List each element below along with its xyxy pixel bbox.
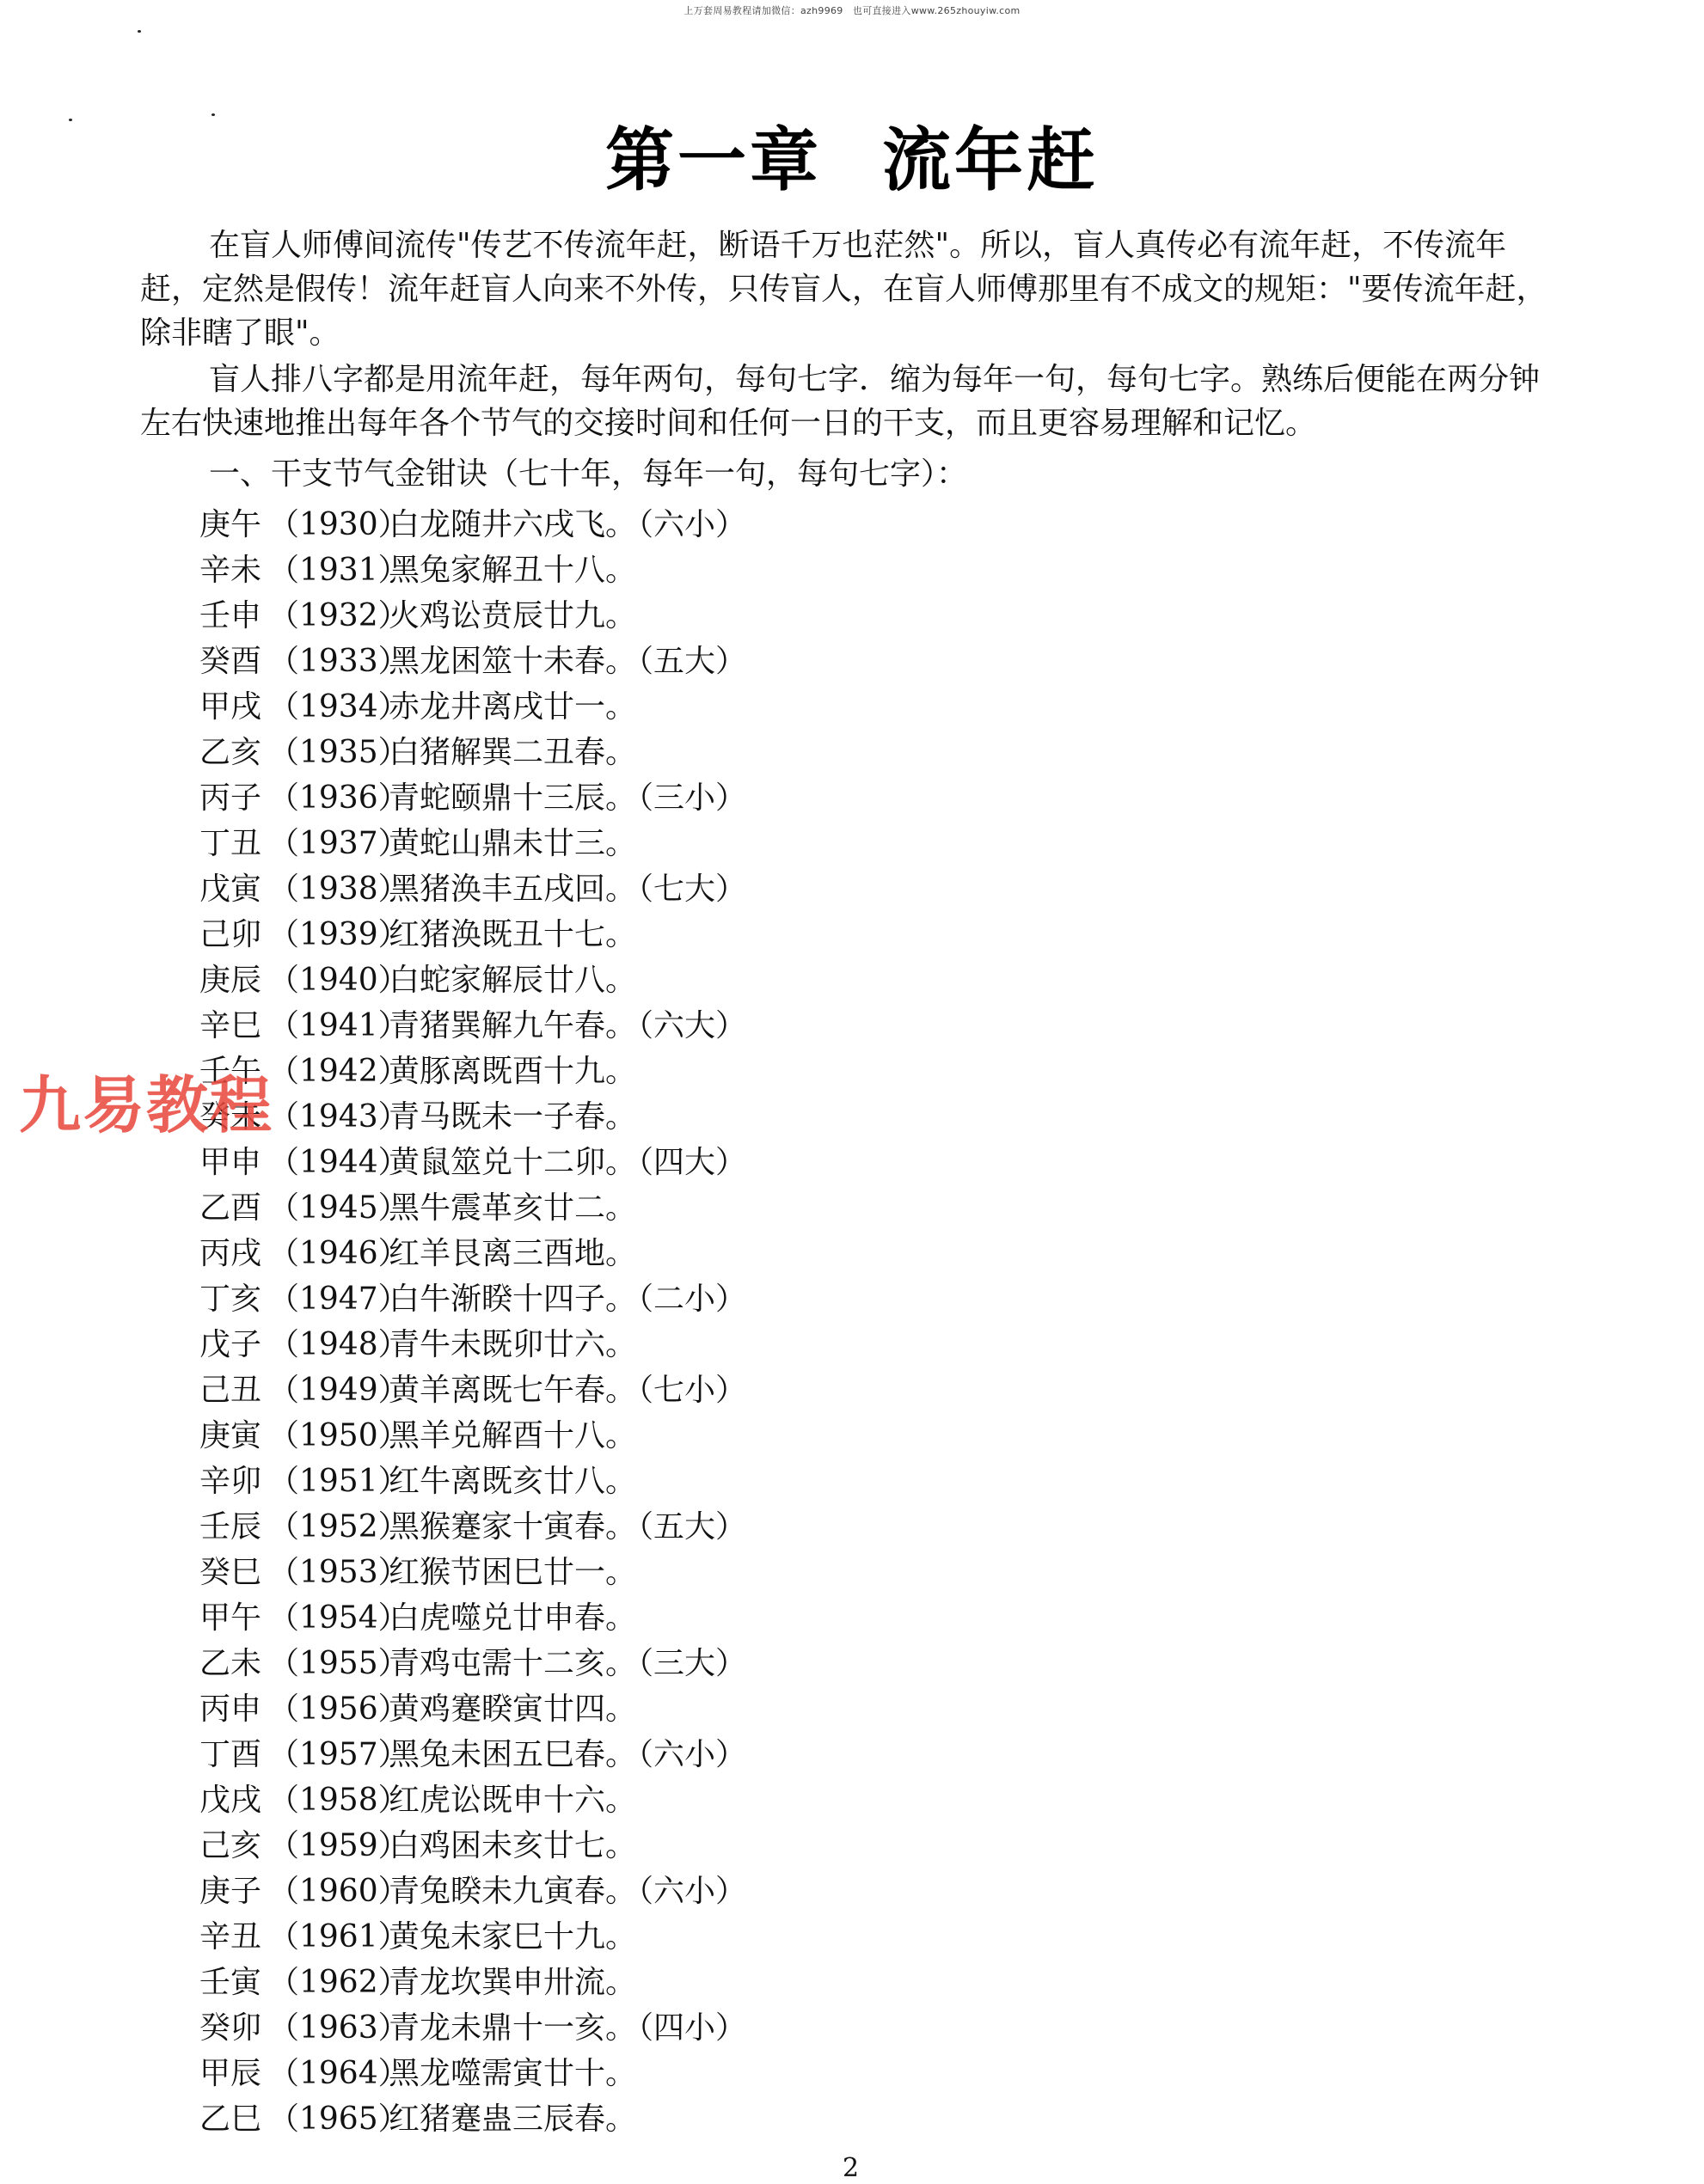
verse-text: 黑龙噬需寅廿十。: [389, 2056, 636, 2091]
verse-row: 乙巳（1965）红猪蹇蛊三辰春。: [199, 2096, 746, 2142]
verse-row: 癸巳（1953）红猴节困巳廿一。: [199, 1550, 746, 1595]
page-number: 2: [843, 2153, 859, 2183]
verse-ganzhi: 辛丑: [199, 1914, 268, 1960]
verse-text: 黑牛震革亥廿二。: [389, 1190, 636, 1226]
verse-ganzhi: 丁酉: [199, 1732, 268, 1777]
verse-year: （1943）: [268, 1094, 389, 1140]
verse-ganzhi: 庚子: [199, 1869, 268, 1914]
verse-ganzhi: 癸酉: [199, 639, 268, 684]
verse-year: （1945）: [268, 1185, 389, 1231]
verse-row: 己亥（1959）白鸡困未亥廿七。: [199, 1823, 746, 1869]
verse-ganzhi: 辛卯: [199, 1459, 268, 1504]
verse-note: （六小）: [638, 1737, 746, 1772]
verse-text: 黄兔未家巳十九。: [389, 1919, 636, 1955]
verse-row: 丁丑（1937）黄蛇山鼎未廿三。: [199, 821, 746, 866]
verse-ganzhi: 戊戌: [199, 1777, 268, 1823]
verse-text: 黄蛇山鼎未廿三。: [389, 826, 636, 861]
verse-row: 庚寅（1950）黑羊兑解酉十八。: [199, 1413, 746, 1459]
verse-year: （1957）: [268, 1732, 389, 1777]
verse-ganzhi: 甲辰: [199, 2051, 268, 2096]
verse-note: （六大）: [638, 1008, 746, 1043]
verse-ganzhi: 庚寅: [199, 1413, 268, 1459]
verse-text: 青兔睽未九寅春。: [389, 1874, 636, 1909]
verse-year: （1932）: [268, 593, 389, 639]
verse-year: （1958）: [268, 1777, 389, 1823]
verse-row: 壬午（1942）黄豚离既酉十九。: [199, 1049, 746, 1094]
verse-year: （1947）: [268, 1276, 389, 1322]
verse-year: （1940）: [268, 957, 389, 1003]
verse-row: 庚子（1960）青兔睽未九寅春。（六小）: [199, 1869, 746, 1914]
verse-ganzhi: 乙未: [199, 1641, 268, 1686]
verse-note: （六小）: [638, 507, 746, 542]
verse-ganzhi: 戊子: [199, 1322, 268, 1367]
verse-text: 白龙随井六戌飞。: [389, 507, 636, 542]
verse-ganzhi: 癸巳: [199, 1550, 268, 1595]
verse-year: （1944）: [268, 1140, 389, 1185]
verse-year: （1937）: [268, 821, 389, 866]
verse-text: 青鸡屯需十二亥。: [389, 1646, 636, 1681]
verse-text: 青猪巽解九午春。: [389, 1008, 636, 1043]
verse-row: 辛丑（1961）黄兔未家巳十九。: [199, 1914, 746, 1960]
paragraph-text: 在盲人师傅间流传"传艺不传流年赶，断语千万也茫然"。所以，盲人真传必有流年赶，不…: [140, 228, 1548, 351]
verse-text: 黄鼠筮兑十二卯。: [389, 1145, 636, 1180]
verse-ganzhi: 丙戌: [199, 1231, 268, 1276]
verse-ganzhi: 己亥: [199, 1823, 268, 1869]
verse-year: （1963）: [268, 2005, 389, 2051]
verse-text: 黑龙困筮十未春。: [389, 644, 636, 679]
header-note: 上万套周易教程请加微信：azh9969 也可直接进入www.265zhouyiw…: [0, 3, 1704, 17]
verse-row: 甲午（1954）白虎噬兑廿申春。: [199, 1595, 746, 1641]
verse-text: 青蛇颐鼎十三辰。: [389, 780, 636, 816]
verse-note: （四大）: [638, 1145, 746, 1180]
verse-row: 己丑（1949）黄羊离既七午春。（七小）: [199, 1367, 746, 1413]
list-heading: 一、干支节气金钳诀（七十年，每年一句，每句七字）：: [209, 452, 967, 496]
verse-year: （1931）: [268, 548, 389, 593]
verse-year: （1953）: [268, 1550, 389, 1595]
verse-year: （1939）: [268, 912, 389, 957]
verse-year: （1941）: [268, 1003, 389, 1049]
paragraph-intro: 在盲人师傅间流传"传艺不传流年赶，断语千万也茫然"。所以，盲人真传必有流年赶，不…: [140, 223, 1567, 355]
verse-row: 甲申（1944）黄鼠筮兑十二卯。（四大）: [199, 1140, 746, 1185]
verse-row: 癸未（1943）青马既未一子春。: [199, 1094, 746, 1140]
verse-text: 白虎噬兑廿申春。: [389, 1600, 636, 1636]
verse-ganzhi: 戊寅: [199, 866, 268, 912]
verse-row: 癸酉（1933）黑龙困筮十未春。（五大）: [199, 639, 746, 684]
verse-row: 庚辰（1940）白蛇家解辰廿八。: [199, 957, 746, 1003]
chapter-title: 第一章流年赶: [0, 105, 1704, 204]
verse-row: 辛巳（1941）青猪巽解九午春。（六大）: [199, 1003, 746, 1049]
verse-year: （1930）: [268, 502, 389, 548]
verse-text: 黄羊离既七午春。: [389, 1373, 636, 1408]
verse-text: 火鸡讼贲辰廿九。: [389, 598, 636, 633]
scan-speck: [211, 113, 215, 116]
verse-ganzhi: 甲午: [199, 1595, 268, 1641]
verse-text: 红猪蹇蛊三辰春。: [389, 2101, 636, 2137]
verse-row: 辛卯（1951）红牛离既亥廿八。: [199, 1459, 746, 1504]
verse-text: 黑兔家解丑十八。: [389, 553, 636, 588]
verse-year: （1952）: [268, 1504, 389, 1550]
verse-text: 黑猪涣丰五戌回。: [389, 872, 636, 907]
verse-row: 甲戌（1934）赤龙井离戌廿一。: [199, 684, 746, 730]
verse-year: （1965）: [268, 2096, 389, 2142]
verse-ganzhi: 甲申: [199, 1140, 268, 1185]
verse-ganzhi: 己丑: [199, 1367, 268, 1413]
verse-note: （三大）: [638, 1646, 746, 1681]
verse-row: 戊子（1948）青牛未既卯廿六。: [199, 1322, 746, 1367]
verse-text: 青马既未一子春。: [389, 1099, 636, 1135]
verse-year: （1948）: [268, 1322, 389, 1367]
verse-row: 癸卯（1963）青龙未鼎十一亥。（四小）: [199, 2005, 746, 2051]
verse-year: （1933）: [268, 639, 389, 684]
verse-year: （1959）: [268, 1823, 389, 1869]
verse-text: 青牛未既卯廿六。: [389, 1327, 636, 1362]
verse-text: 白牛渐睽十四子。: [389, 1282, 636, 1317]
verse-note: （七小）: [638, 1373, 746, 1408]
verse-year: （1964）: [268, 2051, 389, 2096]
verse-text: 红牛离既亥廿八。: [389, 1464, 636, 1499]
verse-ganzhi: 辛巳: [199, 1003, 268, 1049]
verse-row: 戊寅（1938）黑猪涣丰五戌回。（七大）: [199, 866, 746, 912]
verse-text: 黑羊兑解酉十八。: [389, 1418, 636, 1453]
paragraph-text: 盲人排八字都是用流年赶，每年两句，每句七字．缩为每年一句，每句七字。熟练后便能在…: [140, 362, 1540, 441]
verse-year: （1946）: [268, 1231, 389, 1276]
verse-ganzhi: 甲戌: [199, 684, 268, 730]
verse-ganzhi: 丁亥: [199, 1276, 268, 1322]
verse-ganzhi: 壬申: [199, 593, 268, 639]
verse-row: 乙未（1955）青鸡屯需十二亥。（三大）: [199, 1641, 746, 1686]
verse-text: 白蛇家解辰廿八。: [389, 963, 636, 998]
verse-ganzhi: 丙申: [199, 1686, 268, 1732]
verse-text: 白猪解巽二丑春。: [389, 735, 636, 770]
verse-ganzhi: 辛未: [199, 548, 268, 593]
verse-list: 庚午（1930）白龙随井六戌飞。（六小）辛未（1931）黑兔家解丑十八。壬申（1…: [199, 502, 746, 2142]
verse-year: （1934）: [268, 684, 389, 730]
verse-ganzhi: 己卯: [199, 912, 268, 957]
verse-text: 青龙坎巽申卅流。: [389, 1965, 636, 2000]
verse-year: （1942）: [268, 1049, 389, 1094]
verse-text: 黄豚离既酉十九。: [389, 1054, 636, 1089]
verse-note: （七大）: [638, 872, 746, 907]
chapter-number: 第一章: [605, 120, 822, 200]
verse-row: 丙戌（1946）红羊艮离三酉地。: [199, 1231, 746, 1276]
chapter-name: 流年赶: [882, 120, 1099, 200]
verse-note: （五大）: [638, 644, 746, 679]
verse-row: 丙子（1936）青蛇颐鼎十三辰。（三小）: [199, 775, 746, 821]
verse-ganzhi: 庚午: [199, 502, 268, 548]
paragraph-method: 盲人排八字都是用流年赶，每年两句，每句七字．缩为每年一句，每句七字。熟练后便能在…: [140, 358, 1567, 445]
verse-ganzhi: 庚辰: [199, 957, 268, 1003]
verse-ganzhi: 壬寅: [199, 1960, 268, 2005]
verse-row: 庚午（1930）白龙随井六戌飞。（六小）: [199, 502, 746, 548]
verse-text: 红猪涣既丑十七。: [389, 917, 636, 952]
verse-year: （1949）: [268, 1367, 389, 1413]
verse-row: 丁酉（1957）黑兔未困五巳春。（六小）: [199, 1732, 746, 1777]
verse-row: 丁亥（1947）白牛渐睽十四子。（二小）: [199, 1276, 746, 1322]
verse-row: 己卯（1939）红猪涣既丑十七。: [199, 912, 746, 957]
verse-year: （1950）: [268, 1413, 389, 1459]
scan-speck: [138, 30, 141, 33]
verse-row: 丙申（1956）黄鸡蹇睽寅廿四。: [199, 1686, 746, 1732]
verse-ganzhi: 丁丑: [199, 821, 268, 866]
verse-text: 白鸡困未亥廿七。: [389, 1828, 636, 1863]
verse-row: 乙亥（1935）白猪解巽二丑春。: [199, 730, 746, 775]
verse-ganzhi: 壬辰: [199, 1504, 268, 1550]
verse-note: （三小）: [638, 780, 746, 816]
verse-ganzhi: 乙巳: [199, 2096, 268, 2142]
verse-note: （五大）: [638, 1509, 746, 1545]
verse-year: （1961）: [268, 1914, 389, 1960]
verse-text: 黄鸡蹇睽寅廿四。: [389, 1692, 636, 1727]
verse-year: （1962）: [268, 1960, 389, 2005]
verse-note: （四小）: [638, 2010, 746, 2046]
verse-row: 戊戌（1958）红虎讼既申十六。: [199, 1777, 746, 1823]
verse-text: 红羊艮离三酉地。: [389, 1236, 636, 1271]
verse-row: 辛未（1931）黑兔家解丑十八。: [199, 548, 746, 593]
verse-year: （1951）: [268, 1459, 389, 1504]
verse-text: 赤龙井离戌廿一。: [389, 689, 636, 725]
verse-note: （六小）: [638, 1874, 746, 1909]
verse-ganzhi: 乙亥: [199, 730, 268, 775]
verse-text: 黑兔未困五巳春。: [389, 1737, 636, 1772]
verse-year: （1960）: [268, 1869, 389, 1914]
verse-ganzhi: 丙子: [199, 775, 268, 821]
verse-year: （1938）: [268, 866, 389, 912]
verse-row: 壬寅（1962）青龙坎巽申卅流。: [199, 1960, 746, 2005]
verse-year: （1935）: [268, 730, 389, 775]
watermark: 九易教程: [19, 1055, 273, 1145]
scan-speck: [69, 119, 72, 121]
verse-year: （1956）: [268, 1686, 389, 1732]
verse-text: 青龙未鼎十一亥。: [389, 2010, 636, 2046]
verse-ganzhi: 癸卯: [199, 2005, 268, 2051]
verse-note: （二小）: [638, 1282, 746, 1317]
verse-text: 红虎讼既申十六。: [389, 1783, 636, 1818]
verse-ganzhi: 乙酉: [199, 1185, 268, 1231]
verse-text: 黑猴蹇家十寅春。: [389, 1509, 636, 1545]
verse-row: 甲辰（1964）黑龙噬需寅廿十。: [199, 2051, 746, 2096]
verse-text: 红猴节困巳廿一。: [389, 1555, 636, 1590]
verse-row: 壬辰（1952）黑猴蹇家十寅春。（五大）: [199, 1504, 746, 1550]
verse-year: （1954）: [268, 1595, 389, 1641]
verse-year: （1936）: [268, 775, 389, 821]
verse-row: 乙酉（1945）黑牛震革亥廿二。: [199, 1185, 746, 1231]
verse-year: （1955）: [268, 1641, 389, 1686]
verse-row: 壬申（1932）火鸡讼贲辰廿九。: [199, 593, 746, 639]
